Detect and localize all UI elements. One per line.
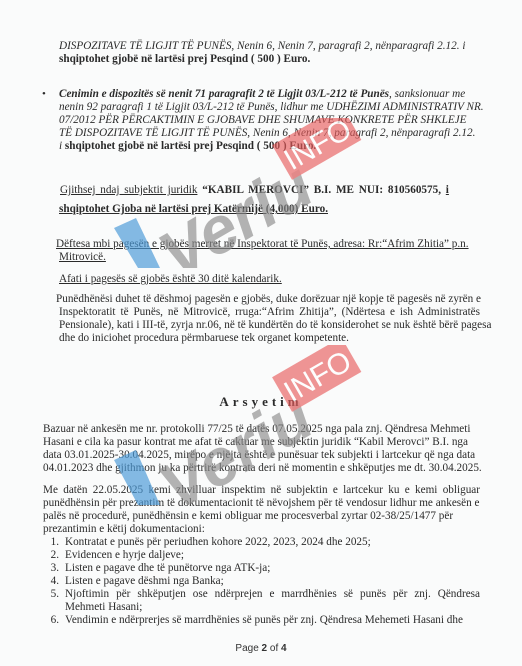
bullet-line-1: Cenimin e dispozitës së nenit 71 paragra… — [59, 88, 474, 101]
section-heading: Arsyetim — [0, 394, 522, 410]
bullet-line-1-rest: , sanksionuar me — [389, 88, 465, 100]
list-item-text: Mehmeti Hasani; — [65, 601, 142, 614]
bullet-line-5: i shqiptohet gjobë në lartësi prej Pesqi… — [59, 140, 316, 153]
total-line-1-b: “KABIL MEROVCI” B.I. ME NUI: 810560575, — [197, 184, 445, 196]
reasoning-p2-line-4: prezantimin e këtij dokumentacioni: — [43, 523, 205, 536]
bullet-line-1-bold: Cenimin e dispozitës së nenit 71 paragra… — [59, 88, 389, 100]
total-line-2: shqiptohet Gjoba në lartësi prej Katërmi… — [59, 203, 328, 216]
employer-line-1: Punëdhënësi duhet të dëshmoj pagesën e g… — [56, 293, 481, 306]
list-item-text: Njoftimin për shkëputjen ose ndërprejen … — [65, 588, 480, 601]
employer-line-2: Inspektoratit të Punës, në Mitrovicë, rr… — [59, 306, 480, 319]
page-label: Page — [235, 643, 261, 654]
bullet-line-3: 07/2012 PËR PËRCAKTIMIN E GJOBAVE DHE SH… — [59, 114, 466, 127]
page-of-label: of — [267, 643, 281, 654]
list-item-number: 1. — [43, 536, 59, 549]
receipt-line-2: Mitrovicë. — [59, 251, 106, 264]
list-item-number: 4. — [43, 575, 59, 588]
reasoning-p1-line-2: Hasani e cila ka pasur kontrat me afat t… — [43, 436, 468, 449]
reasoning-p2-line-1: Me datën 22.05.2025 kemi zhvilluar inspe… — [43, 484, 480, 497]
receipt-line-1: Dëftesa mbi pagesën e gjobës merret në I… — [56, 238, 469, 251]
reasoning-p2-line-2: punëdhënsin për prezantim të dokumentaci… — [43, 497, 480, 510]
employer-line-4: dhe do iniciohet procedura përmbaruese t… — [59, 332, 349, 345]
bullet-line-4: TË DISPOZITAVE TË LIGJIT TË PUNËS, Nenin… — [59, 127, 475, 140]
list-item-number: 2. — [43, 549, 59, 562]
employer-line-3: Pensionale), kati i III-të, zyrja nr.06,… — [59, 319, 491, 332]
reasoning-p1-line-1: Bazuar në ankesën me nr. protokolli 77/2… — [43, 423, 471, 436]
list-item-text: Evidencen e hyrje daljeve; — [65, 549, 184, 562]
page-number: Page 2 of 4 — [0, 643, 522, 654]
reasoning-p2-line-3: palës në procedurë, punëdhënsin e kemi o… — [43, 510, 453, 523]
bullet-line-2: nenin 92 paragrafi 1 të Ligjit 03/L-212 … — [59, 101, 484, 114]
payment-deadline: Afati i pagesës së gjobës është 30 ditë … — [59, 273, 282, 286]
total-line-1-a: Gjithsej ndaj subjektit juridik — [60, 184, 197, 196]
reasoning-p1-line-4: 04.01.2023 dhe gjithmon ju ka përtrirë k… — [43, 462, 482, 475]
bullet-line-5-bold: shqiptohet gjobë në lartësi prej Pesqind… — [65, 140, 316, 152]
list-item-text: Kontratat e punës për periudhen kohore 2… — [65, 536, 371, 549]
page-total: 4 — [281, 643, 287, 654]
total-line-1: Gjithsej ndaj subjektit juridik “KABIL M… — [60, 184, 449, 197]
list-item-text: Listen e pagave dëshmi nga Banka; — [65, 575, 224, 588]
list-item-text: Vendimin e ndërprerjes së marrdhënies së… — [65, 614, 463, 627]
reasoning-p1-line-3: data 03.01.2025-30.04.2025, mirëpo e një… — [43, 449, 475, 462]
list-item-number: 5. — [43, 588, 59, 601]
list-item-number: 6. — [43, 614, 59, 627]
p1-italic-line: DISPOZITAVE TË LIGJIT TË PUNËS, Nenin 6,… — [59, 40, 465, 53]
list-item-text: Listen e pagave dhe të punëtorve nga ATK… — [65, 562, 270, 575]
total-line-1-c: i — [446, 184, 449, 196]
p1-bold-line: shqiptohet gjobë në lartësi prej Pesqind… — [59, 53, 310, 66]
list-item-number: 3. — [43, 562, 59, 575]
bullet-icon: • — [42, 88, 46, 100]
document-page: DISPOZITAVE TË LIGJIT TË PUNËS, Nenin 6,… — [0, 0, 522, 666]
